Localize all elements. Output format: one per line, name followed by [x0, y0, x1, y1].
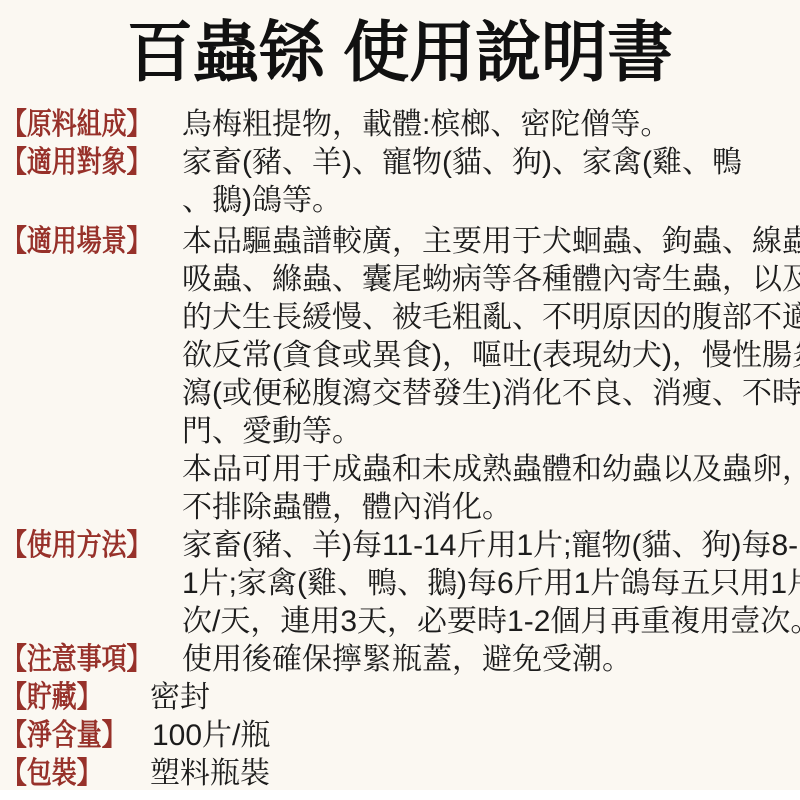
section-content: 密封: [150, 679, 794, 717]
section-content: 家畜(豬、羊)每11-14斤用1片;寵物(貓、狗)每8-10斤用1片;家禽(雞、…: [182, 527, 800, 641]
text-line: 、鵝)鴿等。: [182, 182, 794, 220]
section-row: 【原料組成】烏梅粗提物，載體:槟榔、密陀僧等。: [2, 106, 794, 144]
section-label: 【適用場景】: [2, 223, 182, 261]
section-content: 烏梅粗提物，載體:槟榔、密陀僧等。: [182, 106, 794, 144]
section-content: 使用後確保擰緊瓶蓋，避免受潮。: [182, 641, 794, 679]
section-label-text: 【原料組成】: [2, 106, 151, 144]
section-row: 【包裝】塑料瓶裝: [2, 755, 794, 793]
section-content: 本品驅蟲譜較廣，主要用于犬蛔蟲、鉤蟲、線蟲、血吸蟲、縧蟲、囊尾蚴病等各種體內寄生…: [182, 223, 800, 527]
section-row: 【適用對象】家畜(豬、羊)、寵物(貓、狗)、家禽(雞、鴨、鵝)鴿等。: [2, 144, 794, 220]
text-line: 次/天，連用3天，必要時1-2個月再重複用壹次。: [182, 603, 800, 641]
section-row: 【適用場景】本品驅蟲譜較廣，主要用于犬蛔蟲、鉤蟲、線蟲、血吸蟲、縧蟲、囊尾蚴病等…: [2, 223, 794, 527]
section-content: 塑料瓶裝: [150, 755, 794, 793]
text-line: 家畜(豬、羊)每11-14斤用1片;寵物(貓、狗)每8-10斤用: [182, 527, 800, 565]
sections: 【原料組成】烏梅粗提物，載體:槟榔、密陀僧等。【適用對象】家畜(豬、羊)、寵物(…: [0, 104, 800, 793]
section-label-text: 【適用對象】: [2, 144, 151, 182]
text-line: 本品驅蟲譜較廣，主要用于犬蛔蟲、鉤蟲、線蟲、血: [182, 223, 800, 261]
section-row: 【貯藏】密封: [2, 679, 794, 717]
text-line: 門、愛動等。: [182, 413, 800, 451]
section-label-text: 【包裝】: [2, 755, 102, 793]
section-label-text: 【貯藏】: [2, 679, 102, 717]
section-label: 【包裝】: [2, 755, 150, 793]
text-line: 的犬生長緩慢、被毛粗亂、不明原因的腹部不適，食: [182, 299, 800, 337]
section-row: 【使用方法】家畜(豬、羊)每11-14斤用1片;寵物(貓、狗)每8-10斤用1片…: [2, 527, 794, 641]
section-label: 【貯藏】: [2, 679, 150, 717]
section-content: 家畜(豬、羊)、寵物(貓、狗)、家禽(雞、鴨、鵝)鴿等。: [182, 144, 794, 220]
bottom-edge: [0, 790, 800, 800]
section-label: 【注意事項】: [2, 641, 182, 679]
section-label-text: 【注意事項】: [2, 641, 151, 679]
text-line: 使用後確保擰緊瓶蓋，避免受潮。: [182, 641, 794, 679]
text-line: 家畜(豬、羊)、寵物(貓、狗)、家禽(雞、鴨: [182, 144, 794, 182]
text-line: 欲反常(貪食或異食)，嘔吐(表現幼犬)，慢性腸炎、腹: [182, 337, 800, 375]
text-line: 不排除蟲體，體內消化。: [182, 489, 800, 527]
instruction-sheet: 百蟲铩 使用說明書 【原料組成】烏梅粗提物，載體:槟榔、密陀僧等。【適用對象】家…: [0, 0, 800, 800]
section-row: 【淨含量】100片/瓶: [2, 717, 794, 755]
section-label: 【適用對象】: [2, 144, 182, 182]
text-line: 本品可用于成蟲和未成熟蟲體和幼蟲以及蟲卵，個別: [182, 451, 800, 489]
text-line: 瀉(或便秘腹瀉交替發生)消化不良、消瘦、不時舔蹭肛: [182, 375, 800, 413]
section-row: 【注意事項】使用後確保擰緊瓶蓋，避免受潮。: [2, 641, 794, 679]
text-line: 吸蟲、縧蟲、囊尾蚴病等各種體內寄生蟲，以及並發: [182, 261, 800, 299]
section-label: 【原料組成】: [2, 106, 182, 144]
section-label: 【使用方法】: [2, 527, 182, 565]
section-content: 100片/瓶: [152, 717, 794, 755]
text-line: 密封: [150, 679, 794, 717]
section-label: 【淨含量】: [2, 717, 152, 755]
page-title: 百蟲铩 使用說明書: [0, 0, 800, 104]
text-line: 塑料瓶裝: [150, 755, 794, 793]
text-line: 100片/瓶: [152, 717, 794, 755]
text-line: 烏梅粗提物，載體:槟榔、密陀僧等。: [182, 106, 794, 144]
section-label-text: 【使用方法】: [2, 527, 151, 565]
section-label-text: 【適用場景】: [2, 223, 151, 261]
text-line: 1片;家禽(雞、鴨、鵝)每6斤用1片鴿每五只用1片，1-2: [182, 565, 800, 603]
section-label-text: 【淨含量】: [2, 717, 127, 755]
